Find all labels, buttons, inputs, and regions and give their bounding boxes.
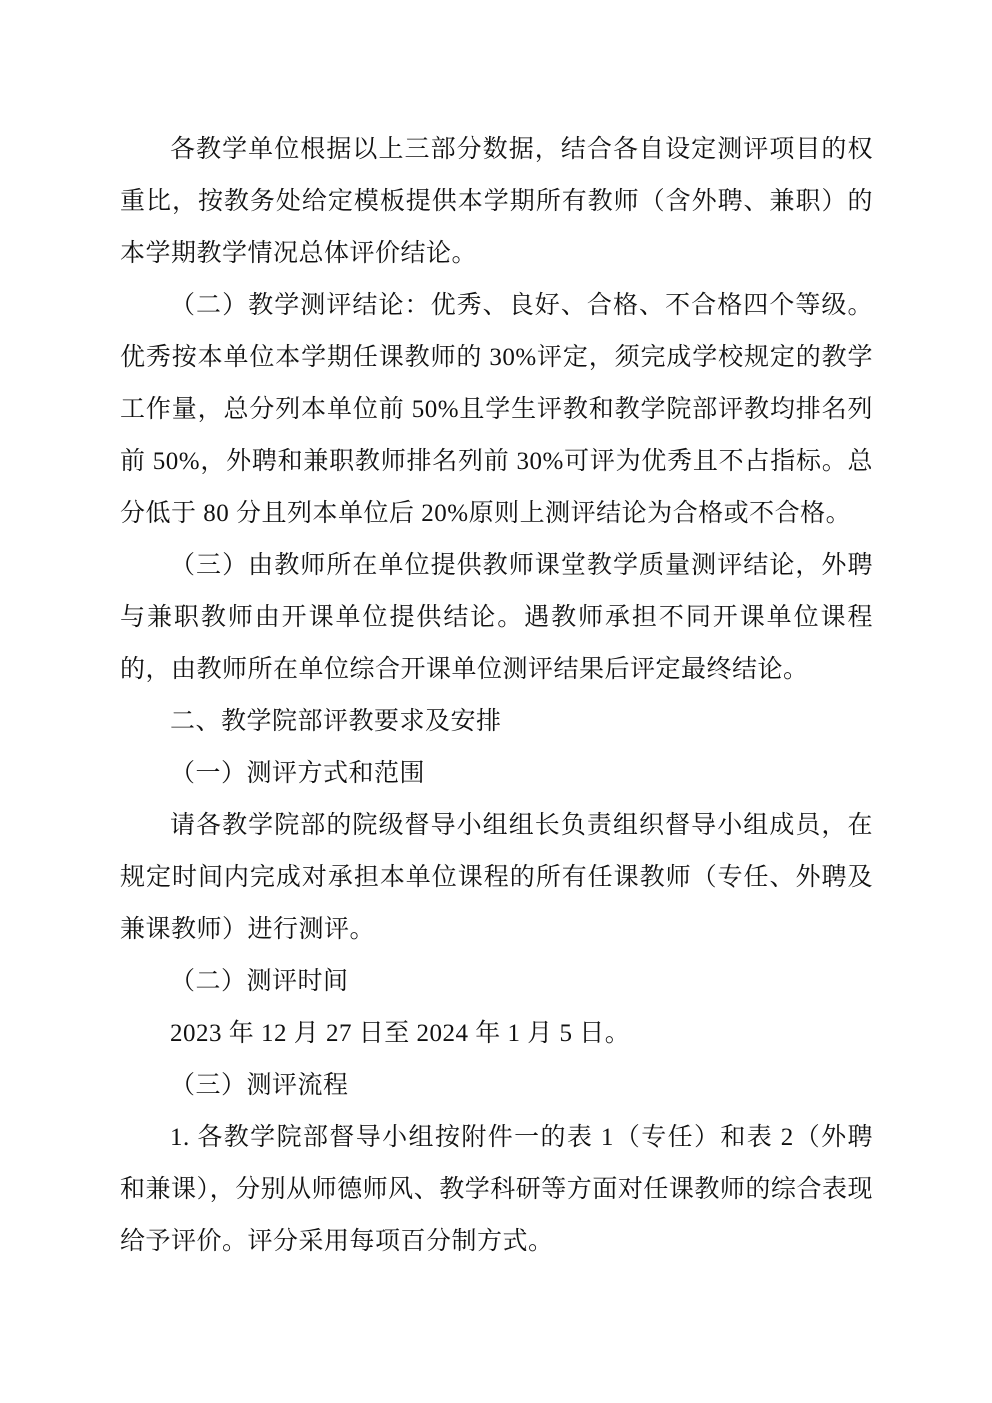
body-paragraph: 1. 各教学院部督导小组按附件一的表 1（专任）和表 2（外聘和兼课），分别从师… (120, 1112, 873, 1268)
body-paragraph: （三）由教师所在单位提供教师课堂教学质量测评结论，外聘与兼职教师由开课单位提供结… (120, 540, 873, 696)
body-paragraph: （二）教学测评结论：优秀、良好、合格、不合格四个等级。优秀按本单位本学期任课教师… (120, 280, 873, 540)
subsection-heading: （一）测评方式和范围 (120, 748, 873, 800)
body-paragraph: 请各教学院部的院级督导小组组长负责组织督导小组成员，在规定时间内完成对承担本单位… (120, 800, 873, 956)
section-heading: 二、教学院部评教要求及安排 (120, 696, 873, 748)
body-paragraph: 2023 年 12 月 27 日至 2024 年 1 月 5 日。 (120, 1008, 873, 1060)
body-paragraph: 各教学单位根据以上三部分数据，结合各自设定测评项目的权重比，按教务处给定模板提供… (120, 124, 873, 280)
subsection-heading: （二）测评时间 (120, 956, 873, 1008)
document-page: 各教学单位根据以上三部分数据，结合各自设定测评项目的权重比，按教务处给定模板提供… (0, 0, 992, 1403)
document-body: 各教学单位根据以上三部分数据，结合各自设定测评项目的权重比，按教务处给定模板提供… (120, 124, 873, 1268)
subsection-heading: （三）测评流程 (120, 1060, 873, 1112)
